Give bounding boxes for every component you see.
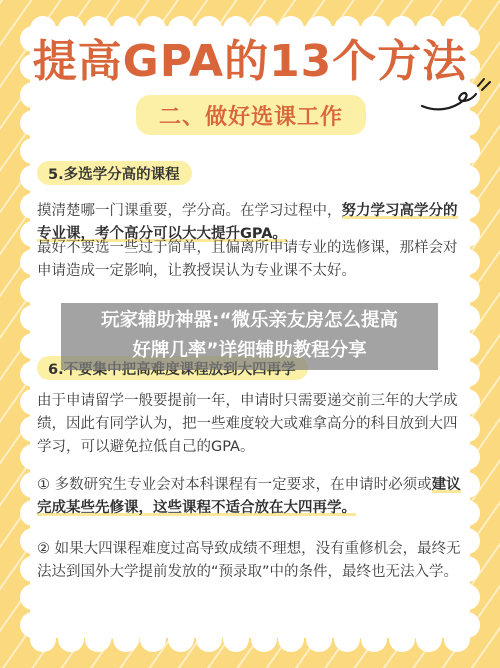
swirl-doodle-icon	[418, 76, 494, 116]
paragraph: 由于申请留学一般要提前一年，申请时只需要递交前三年的大学成绩，因此有同学认为，把…	[37, 390, 467, 459]
section-heading-5: 5.多选学分高的课程	[37, 161, 192, 185]
subtitle-text: 二、做好选课工作	[159, 100, 343, 131]
paragraph: 最好不要选一些过于简单，且偏离所申请专业的选修课，那样会对申请造成一定影响，让教…	[37, 237, 467, 283]
subtitle-pill: 二、做好选课工作	[136, 95, 366, 135]
section-heading-text: 5.多选学分高的课程	[48, 163, 180, 184]
overlay-line-2: 好牌几率”详细辅助教程分享	[61, 336, 438, 366]
paragraph-text: 最好不要选一些过于简单，且偏离所申请专业的选修课，那样会对申请造成一定影响，让教…	[37, 240, 458, 279]
overlay-line-1: 玩家辅助神器:“微乐亲友房怎么提高	[61, 306, 438, 336]
paragraph-text: ① 多数研究生专业会对本科课程有一定要求，在申请时必须或	[37, 477, 432, 493]
paragraph: ② 如果大四课程难度过高导致成绩不理想，没有重修机会，最终无法达到国外大学提前发…	[37, 538, 467, 584]
overlay-caption: 玩家辅助神器:“微乐亲友房怎么提高 好牌几率”详细辅助教程分享	[61, 306, 438, 366]
card-scallop-bottom	[30, 626, 470, 646]
paragraph-text: ② 如果大四课程难度过高导致成绩不理想，没有重修机会，最终无法达到国外大学提前发…	[37, 541, 461, 580]
card-scallop-top	[30, 16, 470, 36]
paragraph: ① 多数研究生专业会对本科课程有一定要求，在申请时必须或建议完成某些先修课，这些…	[37, 474, 467, 520]
paragraph-text: 由于申请留学一般要提前一年，申请时只需要递交前三年的大学成绩，因此有同学认为，把…	[37, 393, 458, 455]
paragraph-text: 摸清楚哪一门课重要，学分高。在学习过程中，	[37, 203, 342, 219]
